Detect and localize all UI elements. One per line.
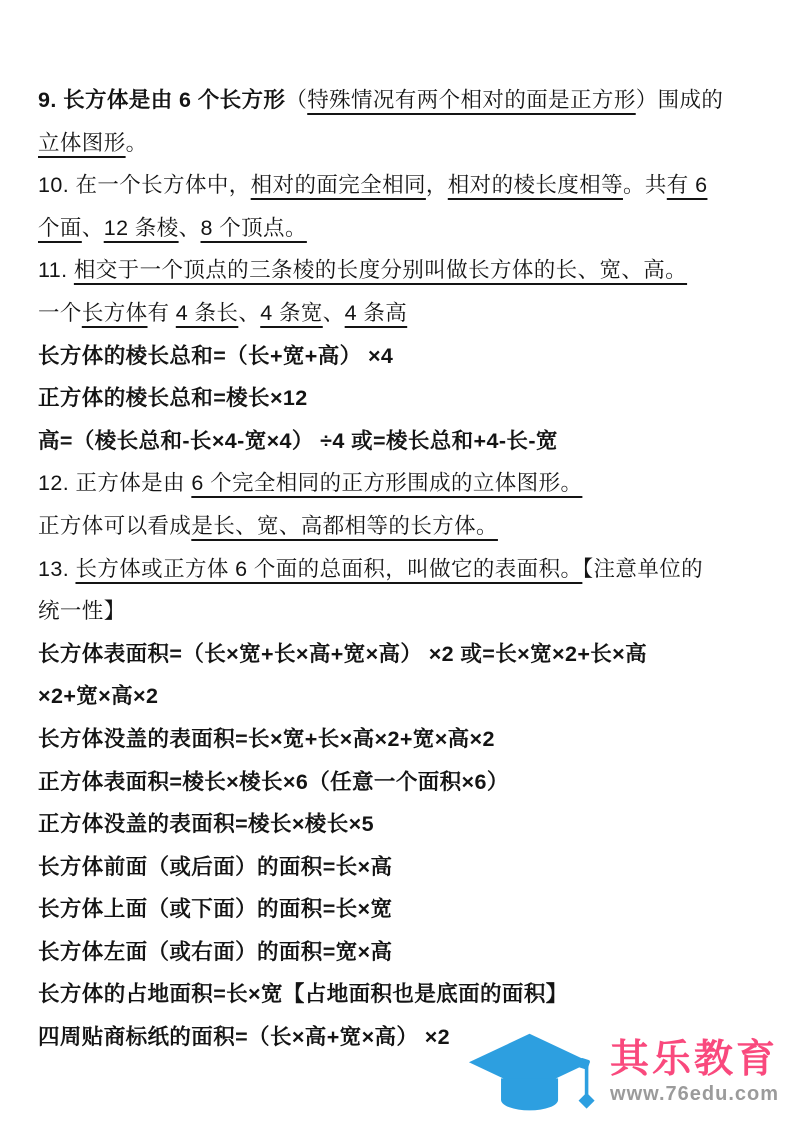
text-run: 正方体可以看成 [38, 514, 191, 538]
graduation-cap-icon [464, 1032, 604, 1114]
text-run: 有 6 [667, 173, 708, 197]
text-line: 长方体的棱长总和=（长+宽+高） ×4 [38, 335, 773, 378]
text-run: 个面 [38, 216, 82, 240]
text-line: 长方体前面（或后面）的面积=长×高 [38, 846, 773, 889]
text-run: 长方体没盖的表面积=长×宽+长×高×2+宽×高×2 [38, 727, 495, 751]
text-run: 、 [323, 301, 345, 325]
text-run: 一个 [38, 301, 82, 325]
text-run: 13. [38, 557, 75, 581]
text-run: 4 条高 [345, 301, 408, 325]
text-run: 长方体的占地面积=长×宽【占地面积也是底面的面积】 [38, 982, 568, 1006]
text-line: 10. 在一个长方体中，相对的面完全相同，相对的棱长度相等。共有 6 [38, 164, 773, 207]
text-line: 11. 相交于一个顶点的三条棱的长度分别叫做长方体的长、宽、高。 [38, 249, 773, 292]
text-line: 长方体的占地面积=长×宽【占地面积也是底面的面积】 [38, 973, 773, 1016]
text-run: 长方体前面（或后面）的面积=长×高 [38, 855, 392, 879]
text-run: 四周贴商标纸的面积=（长×高+宽×高） ×2 [38, 1025, 450, 1049]
text-run: 高=（棱长总和-长×4-宽×4） ÷4 或=棱长总和+4-长-宽 [38, 429, 558, 453]
brand-url: www.76edu.com [610, 1083, 779, 1106]
text-run: 正方体表面积=棱长×棱长×6（任意一个面积×6） [38, 770, 509, 794]
text-line: 长方体左面（或右面）的面积=宽×高 [38, 931, 773, 974]
text-run: 6 个完全相同的正方形围成的立体图形。 [191, 471, 582, 495]
brand-name: 其乐教育 [610, 1040, 779, 1081]
text-run: 特殊情况有两个相对的面是正方形 [307, 88, 636, 112]
text-run: 、 [82, 216, 104, 240]
text-run: 11. [38, 258, 74, 282]
text-run: 长方体上面（或下面）的面积=长×宽 [38, 897, 392, 921]
text-run: 立体图形 [38, 131, 126, 155]
text-run: 【注意单位的 [582, 557, 703, 581]
text-line: 9. 长方体是由 6 个长方形（特殊情况有两个相对的面是正方形）围成的 [38, 79, 773, 122]
text-line: ×2+宽×高×2 [38, 675, 773, 718]
text-line: 13. 长方体或正方体 6 个面的总面积，叫做它的表面积。【注意单位的 [38, 548, 773, 591]
text-run: 长方体的棱长总和=（长+宽+高） ×4 [38, 344, 393, 368]
text-run: 长方体表面积=（长×宽+长×高+宽×高） ×2 或=长×宽×2+长×高 [38, 642, 647, 666]
text-run: 相对的面完全相同 [251, 173, 426, 197]
text-run: 是长、宽、高都相等的长方体。 [191, 514, 498, 538]
text-run: 4 条长 [176, 301, 239, 325]
text-line: 一个长方体有 4 条长、4 条宽、4 条高 [38, 292, 773, 335]
text-line: 统一性】 [38, 590, 773, 633]
text-line: 正方体表面积=棱长×棱长×6（任意一个面积×6） [38, 761, 773, 804]
brand-logo: 其乐教育 www.76edu.com [464, 1032, 779, 1114]
text-line: 长方体表面积=（长×宽+长×高+宽×高） ×2 或=长×宽×2+长×高 [38, 633, 773, 676]
text-run: 正方体没盖的表面积=棱长×棱长×5 [38, 812, 374, 836]
text-run: 相交于一个顶点的三条棱的长度分别叫做长方体的长、宽、高。 [74, 258, 687, 282]
text-line: 正方体可以看成是长、宽、高都相等的长方体。 [38, 505, 773, 548]
text-run: ×2+宽×高×2 [38, 684, 158, 708]
text-run: 有 [148, 301, 176, 325]
text-run: 长方体 [82, 301, 148, 325]
document-lines: 9. 长方体是由 6 个长方形（特殊情况有两个相对的面是正方形）围成的立体图形。… [38, 79, 773, 1059]
text-run: 长方体左面（或右面）的面积=宽×高 [38, 940, 392, 964]
text-run: 。 [126, 131, 148, 155]
text-run: 4 条宽 [260, 301, 323, 325]
text-run: ， [426, 173, 448, 197]
text-run: 8 个顶点。 [201, 216, 307, 240]
text-line: 正方体没盖的表面积=棱长×棱长×5 [38, 803, 773, 846]
text-line: 高=（棱长总和-长×4-宽×4） ÷4 或=棱长总和+4-长-宽 [38, 420, 773, 463]
text-line: 12. 正方体是由 6 个完全相同的正方形围成的立体图形。 [38, 462, 773, 505]
text-run: 、 [179, 216, 201, 240]
brand-text-block: 其乐教育 www.76edu.com [610, 1040, 779, 1106]
text-run: 长方体或正方体 6 个面的总面积，叫做它的表面积。 [75, 557, 582, 581]
text-run: 9. 长方体是由 6 个长方形 [38, 88, 285, 112]
text-run: ）围成的 [636, 88, 724, 112]
text-line: 正方体的棱长总和=棱长×12 [38, 377, 773, 420]
text-run: 。共 [623, 173, 667, 197]
text-run: 12 条棱 [104, 216, 179, 240]
text-line: 长方体上面（或下面）的面积=长×宽 [38, 888, 773, 931]
text-line: 长方体没盖的表面积=长×宽+长×高×2+宽×高×2 [38, 718, 773, 761]
text-run: （ [285, 88, 307, 112]
text-run: 统一性】 [38, 599, 126, 623]
text-run: 相对的棱长度相等 [448, 173, 623, 197]
text-line: 个面、12 条棱、8 个顶点。 [38, 207, 773, 250]
text-run: 、 [238, 301, 260, 325]
text-line: 立体图形。 [38, 122, 773, 165]
text-run: 正方体的棱长总和=棱长×12 [38, 386, 308, 410]
text-run: 10. 在一个长方体中， [38, 173, 251, 197]
text-run: 12. 正方体是由 [38, 471, 191, 495]
